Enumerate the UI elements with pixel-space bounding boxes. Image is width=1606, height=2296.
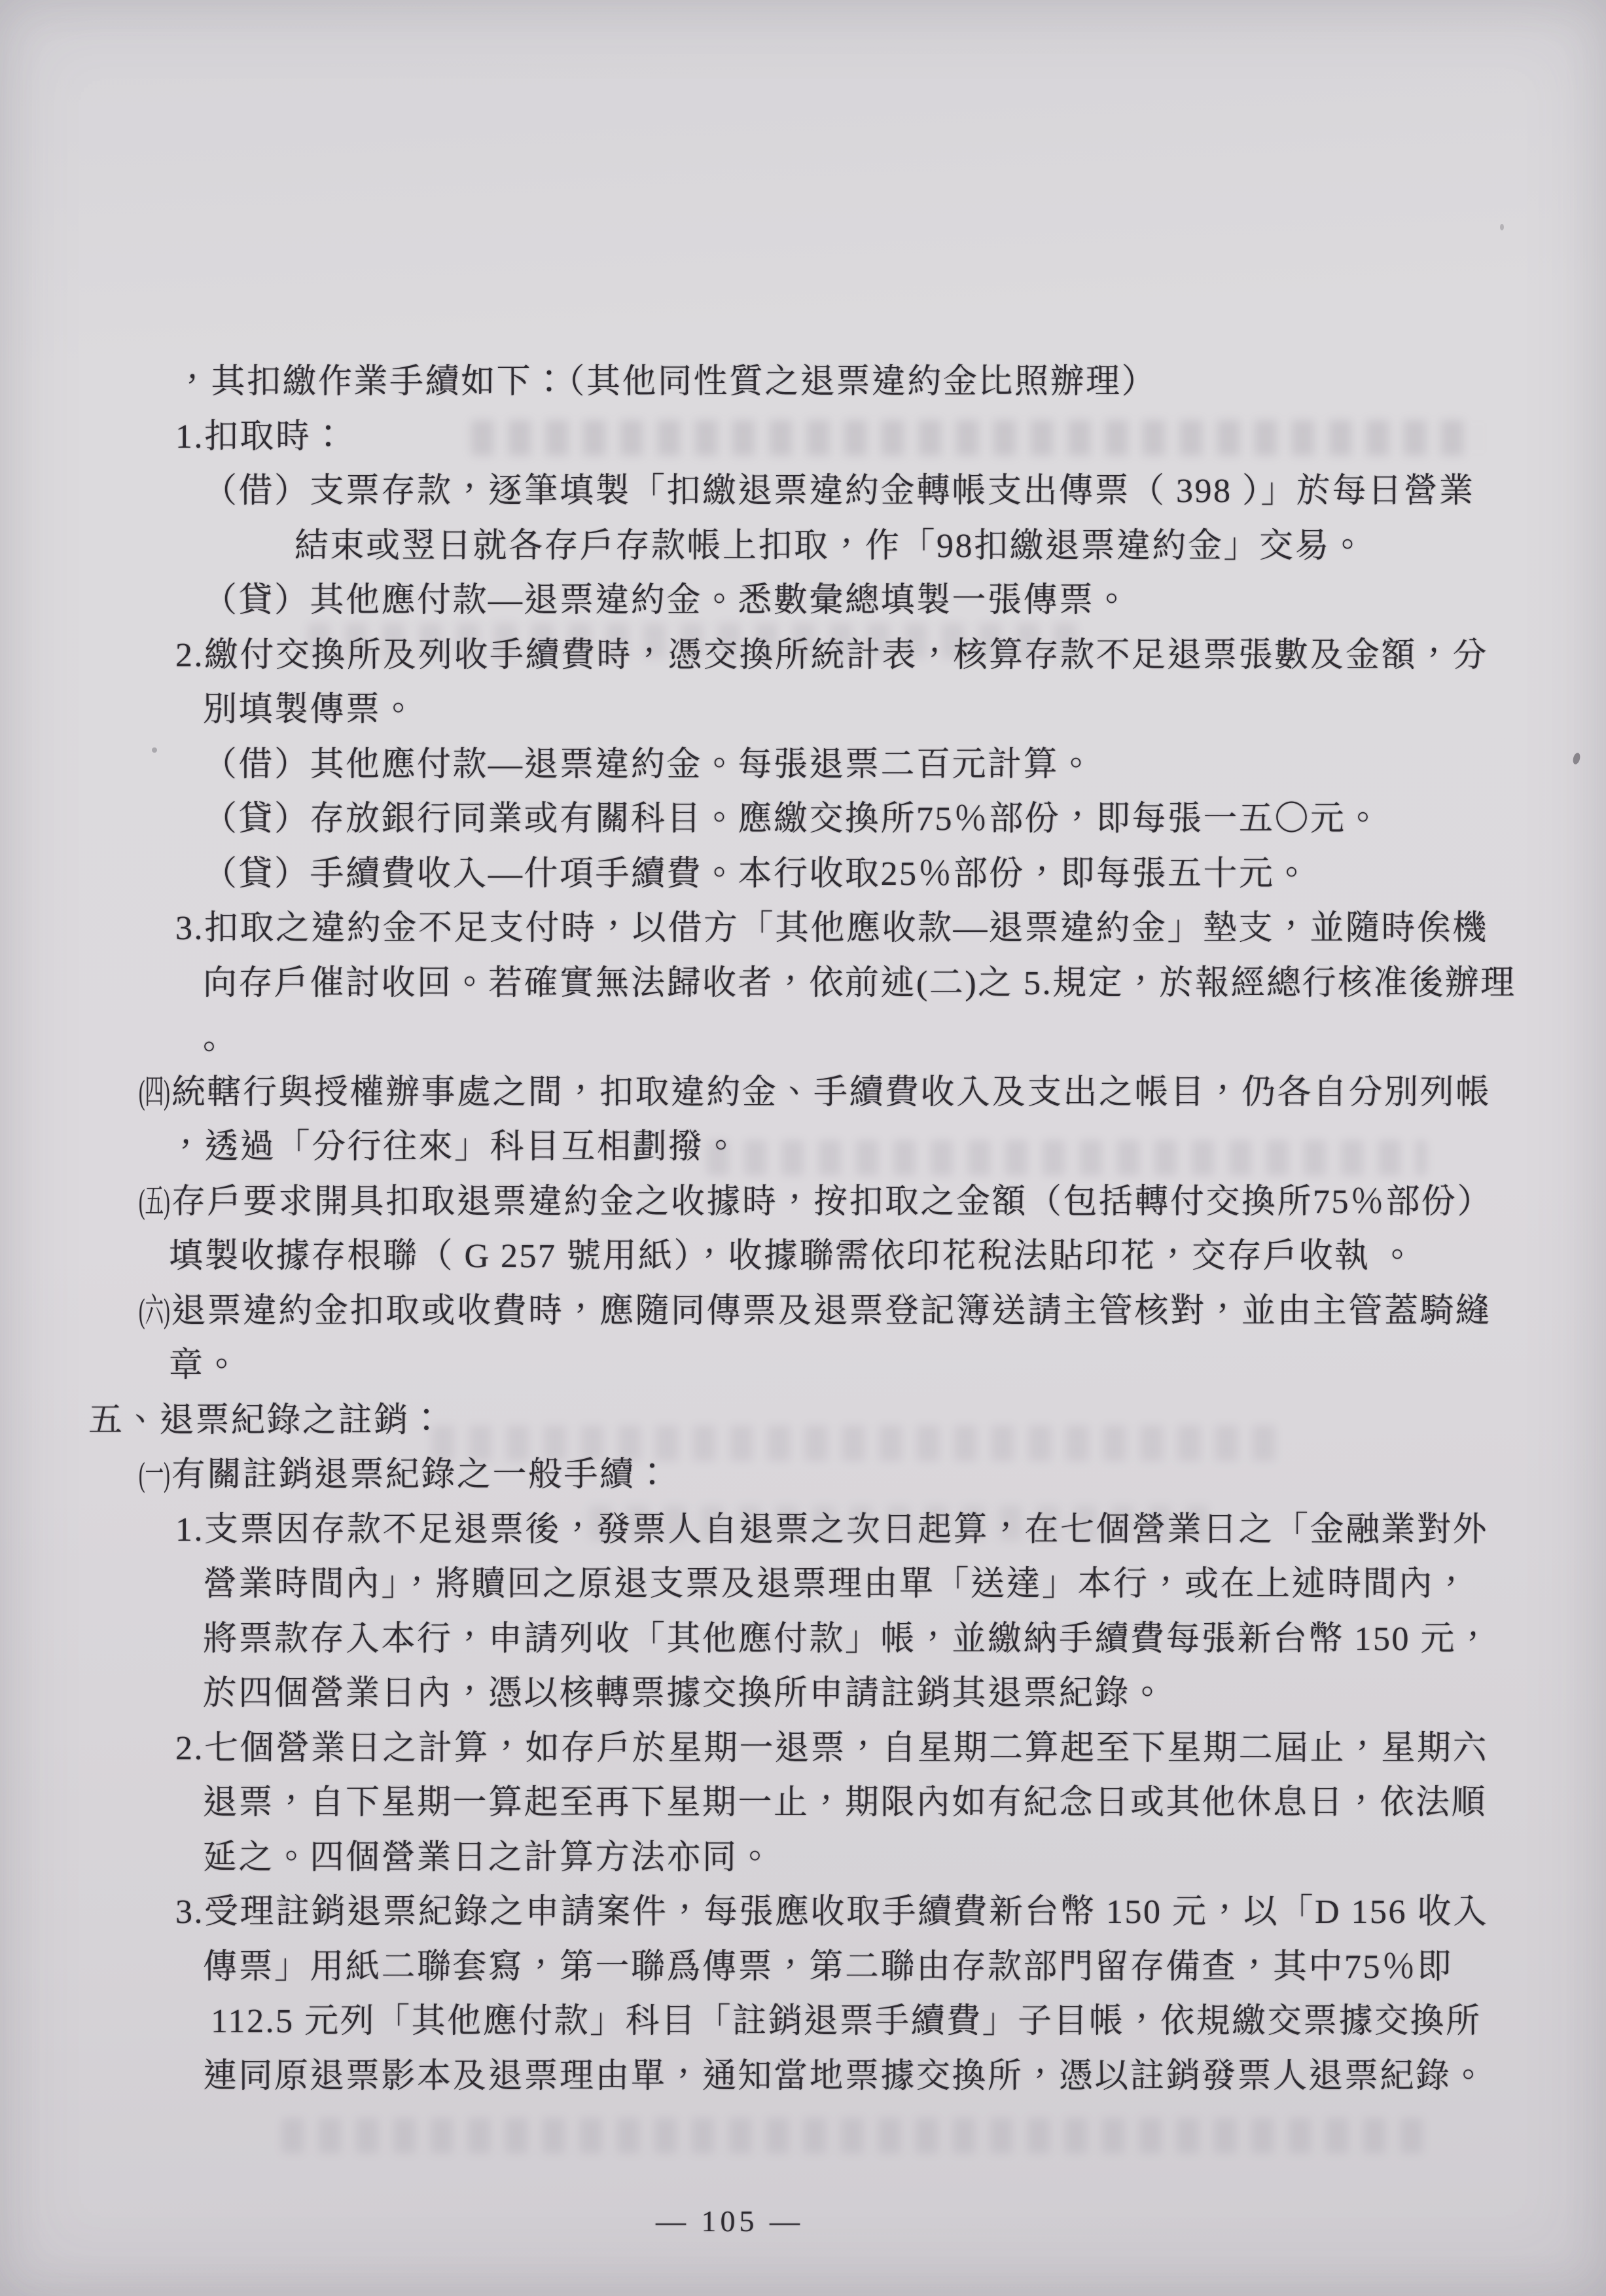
text-line-12: 向存戶催討收回。若確實無法歸收者，依前述(二)之 5.規定，於報經總行核准後辦理 xyxy=(0,956,1606,1011)
text-line-24: 將票款存入本行，申請列收「其他應付款」帳，並繳納手續費每張新台幣 150 元， xyxy=(0,1612,1606,1667)
text-line-17: 填製收據存根聯（ G 257 號用紙），收據聯需依印花稅法貼印花，交存戶收執 。 xyxy=(0,1229,1606,1284)
item-marker: (五) xyxy=(139,1175,157,1230)
bleedthrough-ghost xyxy=(281,2118,1433,2153)
item-marker: (四) xyxy=(139,1066,157,1121)
text-line-16: (五)存戶要求開具扣取退票違約金之收據時，按扣取之金額（包括轉付交換所75％部份… xyxy=(0,1175,1606,1230)
text-line-20: 五、退票紀錄之註銷： xyxy=(0,1393,1606,1448)
text-line-27: 退票，自下星期一算起至再下星期一止，期限內如有紀念日或其他休息日，依法順 xyxy=(0,1776,1606,1831)
text-line-9: （貸）存放銀行同業或有關科目。應繳交換所75％部份，即每張一五〇元。 xyxy=(0,792,1606,847)
text-line-2: 1.扣取時： xyxy=(0,410,1606,465)
text-line-19: 章。 xyxy=(0,1338,1606,1393)
text-line-11: 3.扣取之違約金不足支付時，以借方「其他應收款—退票違約金」墊支，並隨時俟機 xyxy=(0,901,1606,956)
text-line-10: （貸）手續費收入—什項手續費。本行收取25％部份，即每張五十元。 xyxy=(0,847,1606,902)
text-line-14: (四)統轄行與授權辦事處之間，扣取違約金、手續費收入及支出之帳目，仍各自分別列帳 xyxy=(0,1066,1606,1121)
text-line-3: （借）支票存款，逐筆填製「扣繳退票違約金轉帳支出傳票（ 398 ）」於每日營業 xyxy=(0,464,1606,519)
text-line-7: 別填製傳票。 xyxy=(0,683,1606,738)
paper-speck xyxy=(1500,224,1504,230)
text-line-28: 延之。四個營業日之計算方法亦同。 xyxy=(0,1831,1606,1886)
item-marker: (六) xyxy=(139,1284,157,1339)
text-line-15: ，透過「分行往來」科目互相劃撥。 xyxy=(0,1120,1606,1175)
text-line-22: 1.支票因存款不足退票後，發票人自退票之次日起算，在七個營業日之「金融業對外 xyxy=(0,1503,1606,1558)
text-line-6: 2.繳付交換所及列收手續費時，憑交換所統計表，核算存款不足退票張數及金額，分 xyxy=(0,628,1606,683)
item-marker: (一) xyxy=(139,1448,157,1503)
text-line-5: （貸）其他應付款—退票違約金。悉數彙總填製一張傳票。 xyxy=(0,573,1606,628)
text-line-18: (六)退票違約金扣取或收費時，應隨同傳票及退票登記簿送請主管核對，並由主管蓋騎縫 xyxy=(0,1284,1606,1339)
page-number: — 105 — xyxy=(632,2194,828,2249)
text-line-8: （借）其他應付款—退票違約金。每張退票二百元計算。 xyxy=(0,738,1606,793)
text-line-30: 傳票」用紙二聯套寫，第一聯爲傳票，第二聯由存款部門留存備查，其中75％即 xyxy=(0,1940,1606,1995)
text-line-26: 2.七個營業日之計算，如存戶於星期一退票，自星期二算起至下星期二屆止，星期六 xyxy=(0,1721,1606,1776)
text-line-13: 。 xyxy=(0,1011,1606,1066)
text-line-23: 營業時間內」，將贖回之原退支票及退票理由單「送達」本行，或在上述時間內， xyxy=(0,1557,1606,1612)
text-line-29: 3.受理註銷退票紀錄之申請案件，每張應收取手續費新台幣 150 元，以「D 15… xyxy=(0,1885,1606,1940)
text-line-4: 結束或翌日就各存戶存款帳上扣取，作「98扣繳退票違約金」交易。 xyxy=(0,519,1606,574)
text-line-31: 112.5 元列「其他應付款」科目「註銷退票手續費」子目帳，依規繳交票據交換所 xyxy=(0,1994,1606,2049)
text-line-32: 連同原退票影本及退票理由單，通知當地票據交換所，憑以註銷發票人退票紀錄。 xyxy=(0,2049,1606,2104)
scanned-document-page: ，其扣繳作業手續如下：（其他同性質之退票違約金比照辦理）1.扣取時：（借）支票存… xyxy=(0,0,1606,2296)
text-line-1: ，其扣繳作業手續如下：（其他同性質之退票違約金比照辦理） xyxy=(0,355,1606,410)
text-line-21: (一)有關註銷退票紀錄之一般手續： xyxy=(0,1448,1606,1503)
text-line-25: 於四個營業日內，憑以核轉票據交換所申請註銷其退票紀錄。 xyxy=(0,1666,1606,1721)
body-text: ，其扣繳作業手續如下：（其他同性質之退票違約金比照辦理）1.扣取時：（借）支票存… xyxy=(0,355,1606,2104)
